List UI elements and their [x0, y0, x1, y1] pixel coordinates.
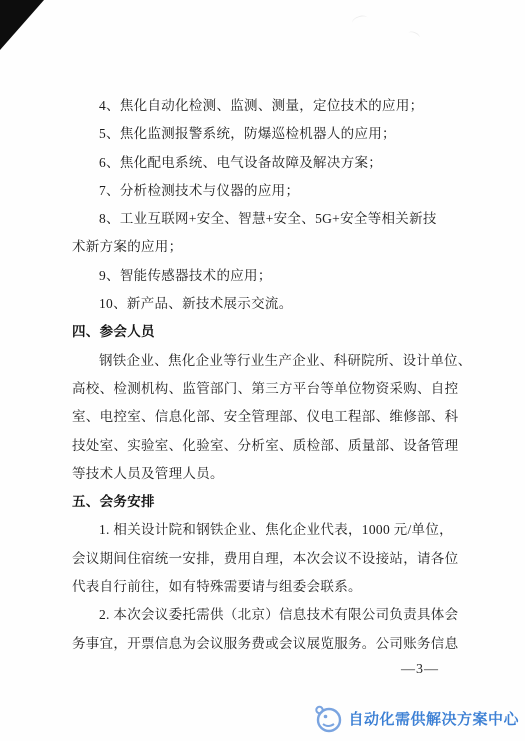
text-line: 9、智能传感器技术的应用； [72, 262, 457, 290]
text-line: 室、电控室、信息化部、安全管理部、仪电工程部、维修部、科 [72, 403, 457, 431]
document-page: 4、焦化自动化检测、监测、测量，定位技术的应用；5、焦化监测报警系统，防爆巡检机… [0, 0, 525, 741]
text-line: 技处室、实验室、化验室、分析室、质检部、质量部、设备管理 [72, 432, 457, 460]
text-line: 2. 本次会议委托需供（北京）信息技术有限公司负责具体会 [72, 601, 457, 629]
document-text: 4、焦化自动化检测、监测、测量，定位技术的应用；5、焦化监测报警系统，防爆巡检机… [72, 92, 457, 658]
text-line: 10、新产品、新技术展示交流。 [72, 290, 457, 318]
text-line: 钢铁企业、焦化企业等行业生产企业、科研院所、设计单位、 [72, 347, 457, 375]
text-line: 术新方案的应用； [72, 233, 457, 261]
page-number: —3— [401, 662, 439, 678]
text-line: 1. 相关设计院和钢铁企业、焦化企业代表，1000 元/单位， [72, 516, 457, 544]
section-heading: 五、会务安排 [72, 488, 457, 516]
text-line: 6、焦化配电系统、电气设备故障及解决方案； [72, 149, 457, 177]
section-heading: 四、参会人员 [72, 318, 457, 346]
text-line: 8、工业互联网+安全、智慧+安全、5G+安全等相关新技 [72, 205, 457, 233]
text-line: 务事宜，开票信息为会议服务费或会议展览服务。公司账务信息 [72, 630, 457, 658]
panda-circle-logo-icon [313, 703, 343, 733]
text-line: 7、分析检测技术与仪器的应用； [72, 177, 457, 205]
text-line: 高校、检测机构、监管部门、第三方平台等单位物资采购、自控 [72, 375, 457, 403]
page-corner-fold [0, 0, 44, 50]
text-line: 会议期间住宿统一安排，费用自理，本次会议不设接站，请各位 [72, 545, 457, 573]
text-line: 等技术人员及管理人员。 [72, 460, 457, 488]
brand-watermark-text: 自动化需供解决方案中心 [348, 708, 519, 729]
text-line: 4、焦化自动化检测、监测、测量，定位技术的应用； [72, 92, 457, 120]
brand-watermark: 自动化需供解决方案中心 [313, 703, 519, 733]
scan-artifact [407, 30, 421, 41]
text-line: 5、焦化监测报警系统，防爆巡检机器人的应用； [72, 120, 457, 148]
text-line: 代表自行前往，如有特殊需要请与组委会联系。 [72, 573, 457, 601]
scan-artifact [351, 14, 369, 28]
